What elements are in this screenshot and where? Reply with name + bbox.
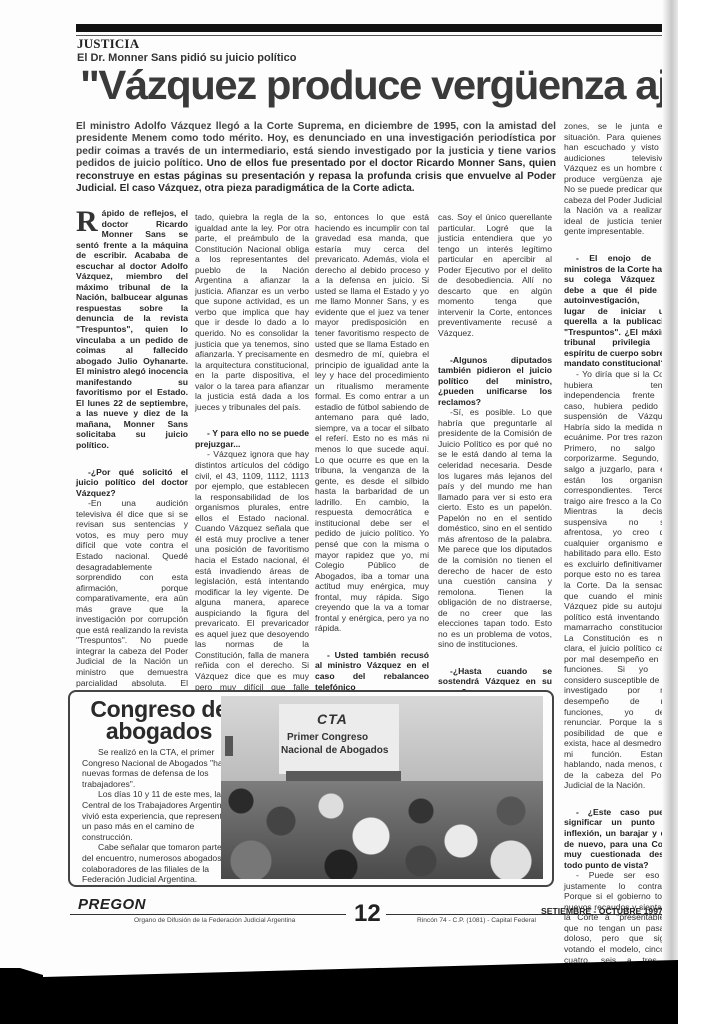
scan-margin: [678, 0, 726, 1024]
section-label: JUSTICIA: [77, 36, 139, 52]
article-column-4: cas. Soy el único querellante particular…: [438, 212, 552, 750]
sidebar-paragraph-3: Cabe señalar que tomaron parte del encue…: [82, 842, 234, 884]
page-edge-shadow: [662, 0, 678, 975]
audience: [221, 781, 543, 879]
answer-3-continued: cas. Soy el único querellante particular…: [438, 212, 552, 339]
answer-5-continued: zones, se le junta esta situación. Para …: [564, 121, 674, 237]
sidebar-text: Se realizó en la CTA, el primer Congreso…: [82, 747, 234, 885]
banner-line-2: Nacional de Abogados: [281, 745, 388, 756]
answer-6: - Yo diría que si la Corte hubiera tenid…: [564, 369, 674, 791]
header-rule-thick: [76, 24, 666, 32]
answer-1-continued: tado, quiebra la regla de la igualdad an…: [195, 212, 309, 412]
sidebar-title: Congreso de abogados: [84, 698, 234, 742]
question-2: - Y para ello no se puede prejuzgar...: [195, 428, 309, 449]
article-column-3: so, entonces lo que está haciendo es inc…: [315, 212, 429, 745]
banner-line-1: Primer Congreso: [287, 732, 368, 743]
question-1: -¿Por qué solicitó el juicio político de…: [76, 467, 188, 499]
pregon-logo: PREGON: [78, 896, 146, 913]
intro-text: ápido de reflejos, el doctor Ricardo Mon…: [76, 208, 188, 450]
sidebar-box-congreso: Congreso de abogados Se realizó en la CT…: [68, 690, 554, 887]
cta-logo: CTA: [317, 711, 348, 727]
article-column-1: Rápido de reflejos, el doctor Ricardo Mo…: [76, 208, 188, 762]
answer-2-continued: so, entonces lo que está haciendo es inc…: [315, 212, 429, 634]
congress-photo: CTA Primer Congreso Nacional de Abogados: [221, 696, 543, 879]
page-number: 12: [354, 900, 381, 928]
question-3: - Usted también recusó al ministro Vázqu…: [315, 650, 429, 692]
sidebar-paragraph-1: Se realizó en la CTA, el primer Congreso…: [82, 747, 234, 789]
answer-4: -Sí, es posible. Lo que habría que pregu…: [438, 407, 552, 650]
headline: "Vázquez produce vergüenza ajena": [80, 62, 726, 109]
article-column-5: zones, se le junta esta situación. Para …: [564, 121, 674, 1024]
footer-rule-left: [70, 914, 346, 915]
issue-date: SETIEMBRE - OCTUBRE 1997: [541, 906, 663, 916]
newspaper-page: JUSTICIA El Dr. Monner Sans pidió su jui…: [0, 0, 678, 975]
drop-cap: R: [76, 210, 98, 234]
article-column-2: tado, quiebra la regla de la igualdad an…: [195, 212, 309, 724]
header-rule-thin: [76, 35, 666, 36]
footer-organ: Organo de Difusión de la Federación Judi…: [134, 917, 295, 924]
answer-2: - Vázquez ignora que hay distintos artíc…: [195, 449, 309, 723]
sidebar-paragraph-2: Los días 10 y 11 de este mes, la Central…: [82, 789, 234, 842]
intro-paragraph: Rápido de reflejos, el doctor Ricardo Mo…: [76, 208, 188, 451]
lead-paragraph: El ministro Adolfo Vázquez llegó a la Co…: [76, 121, 556, 195]
question-4: -Algunos diputados también pidieron el j…: [438, 355, 552, 408]
footer-address: Rincón 74 - C.P. (1081) - Capital Federa…: [417, 917, 536, 924]
question-6: - El enojo de los ministros de la Corte …: [564, 253, 674, 369]
question-7: - ¿Este caso puede significar un punto d…: [564, 807, 674, 870]
